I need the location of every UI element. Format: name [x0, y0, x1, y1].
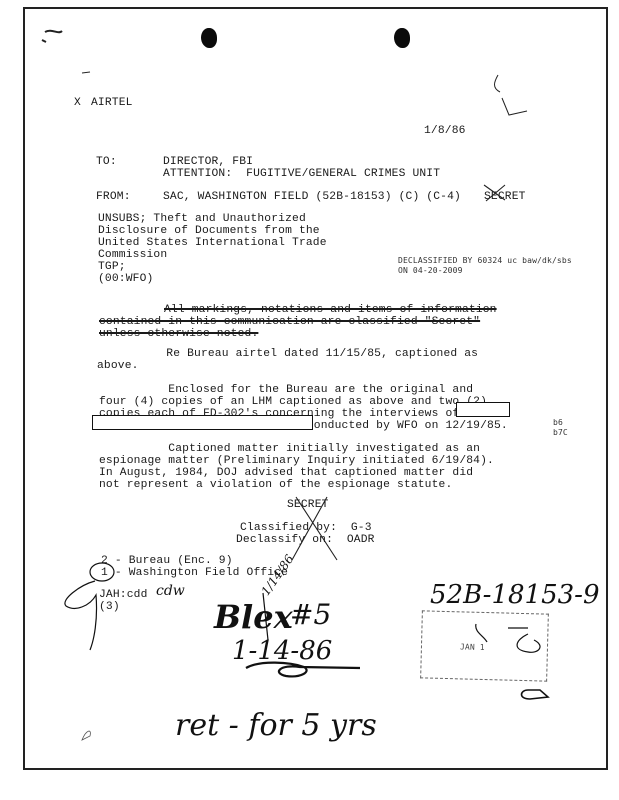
pen-marks — [0, 0, 619, 800]
